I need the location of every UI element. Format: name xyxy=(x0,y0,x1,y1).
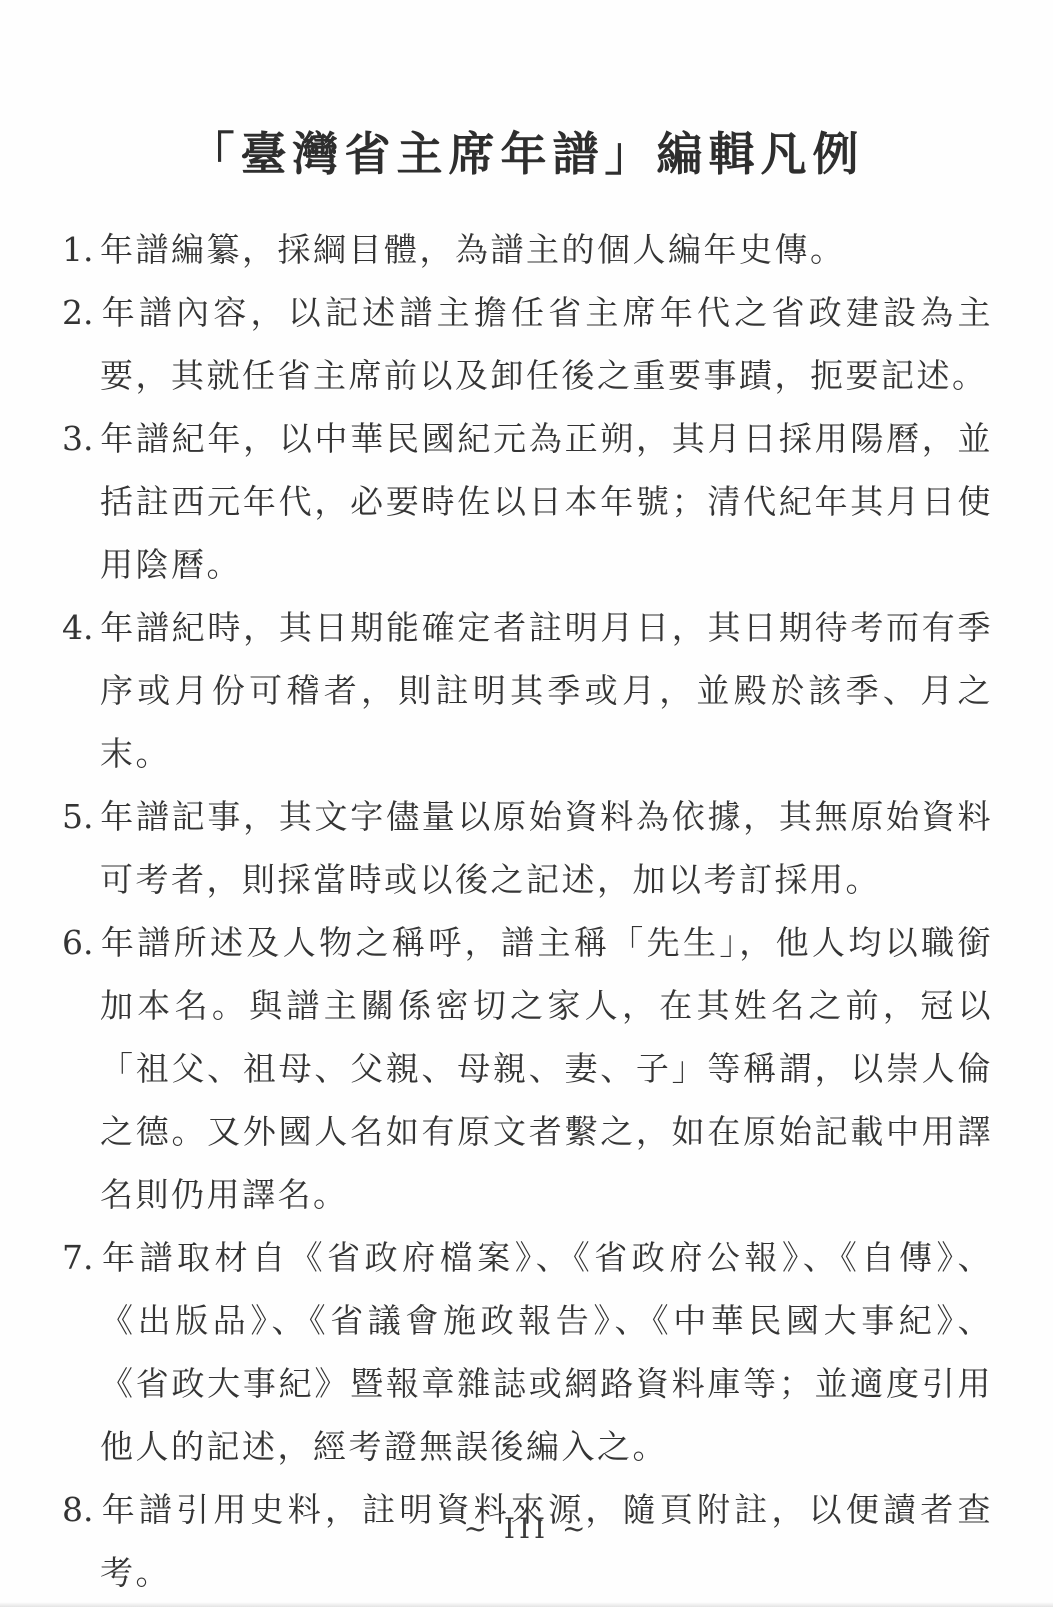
item-number: 1. xyxy=(62,218,100,281)
list-item: 5.年譜記事，其文字儘量以原始資料為依據，其無原始資料可考者，則採當時或以後之記… xyxy=(62,785,993,911)
item-number: 2. xyxy=(62,281,100,344)
item-text: 年譜紀年，以中華民國紀元為正朔，其月日採用陽曆，並括註西元年代，必要時佐以日本年… xyxy=(100,419,993,584)
item-text: 年譜記事，其文字儘量以原始資料為依據，其無原始資料可考者，則採當時或以後之記述，… xyxy=(100,797,993,899)
list-item: 2.年譜內容，以記述譜主擔任省主席年代之省政建設為主要，其就任省主席前以及卸任後… xyxy=(62,281,993,407)
guidelines-list: 1.年譜編纂，採綱目體，為譜主的個人編年史傳。 2.年譜內容，以記述譜主擔任省主… xyxy=(62,218,993,1604)
item-text: 年譜紀時，其日期能確定者註明月日，其日期待考而有季序或月份可稽者，則註明其季或月… xyxy=(100,608,993,773)
item-text: 年譜編纂，採綱目體，為譜主的個人編年史傳。 xyxy=(100,230,846,269)
list-item: 3.年譜紀年，以中華民國紀元為正朔，其月日採用陽曆，並括註西元年代，必要時佐以日… xyxy=(62,407,993,596)
item-number: 6. xyxy=(62,911,100,974)
page-number: ~ III ~ xyxy=(0,1512,1053,1545)
item-text: 年譜所述及人物之稱呼，譜主稱「先生」，他人均以職銜加本名。與譜主關係密切之家人，… xyxy=(100,923,993,1214)
item-number: 5. xyxy=(62,785,100,848)
item-number: 7. xyxy=(62,1226,100,1289)
page-title: 「臺灣省主席年譜」編輯凡例 xyxy=(40,118,1013,184)
scan-edge-shadow xyxy=(0,1602,1053,1607)
item-text: 年譜取材自《省政府檔案》、《省政府公報》、《自傳》、《出版品》、《省議會施政報告… xyxy=(100,1238,993,1466)
document-page: 「臺灣省主席年譜」編輯凡例 1.年譜編纂，採綱目體，為譜主的個人編年史傳。 2.… xyxy=(0,0,1053,1607)
list-item: 4.年譜紀時，其日期能確定者註明月日，其日期待考而有季序或月份可稽者，則註明其季… xyxy=(62,596,993,785)
list-item: 6.年譜所述及人物之稱呼，譜主稱「先生」，他人均以職銜加本名。與譜主關係密切之家… xyxy=(62,911,993,1226)
item-number: 3. xyxy=(62,407,100,470)
list-item: 7.年譜取材自《省政府檔案》、《省政府公報》、《自傳》、《出版品》、《省議會施政… xyxy=(62,1226,993,1478)
item-number: 4. xyxy=(62,596,100,659)
item-text: 年譜內容，以記述譜主擔任省主席年代之省政建設為主要，其就任省主席前以及卸任後之重… xyxy=(100,293,993,395)
list-item: 1.年譜編纂，採綱目體，為譜主的個人編年史傳。 xyxy=(62,218,993,281)
